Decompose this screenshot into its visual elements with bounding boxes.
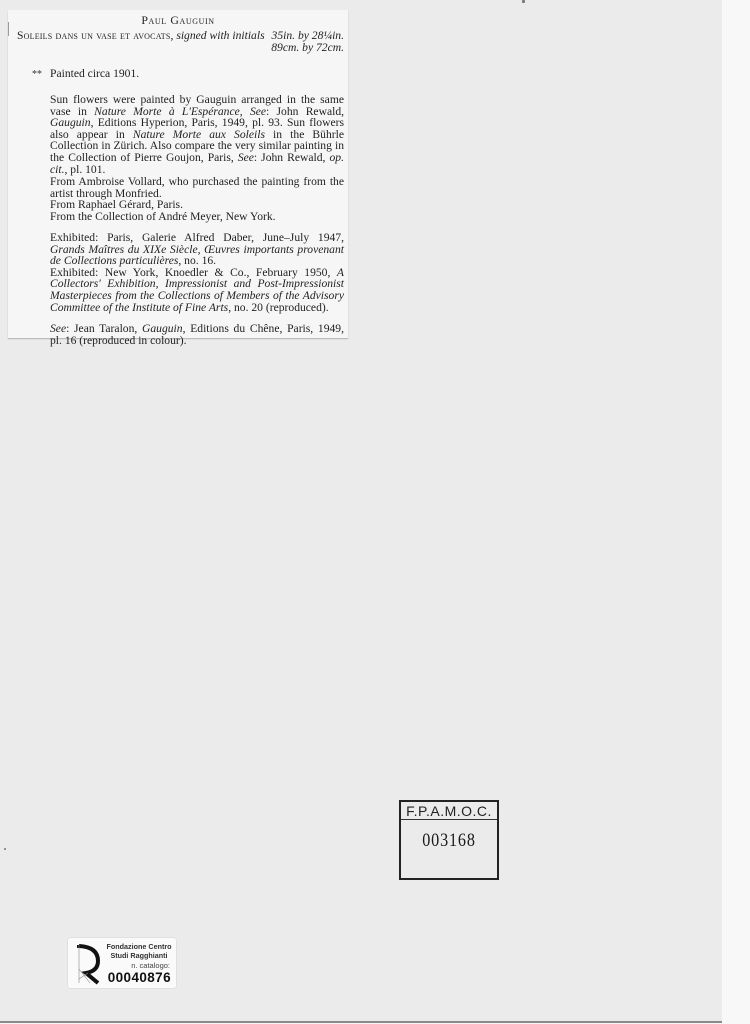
provenance-item: From Ambroise Vollard, who purchased the… [50,176,344,199]
literature: See: Jean Taralon, Gauguin, Editions du … [50,323,344,346]
provenance-item: From the Collection of André Meyer, New … [50,211,344,223]
stamp-header: F.P.A.M.O.C. [401,802,497,820]
dimensions-inches: 35in. by 28¼in. [271,30,344,42]
page-edge [722,0,750,1024]
org-line-2: Studi Ragghianti [106,951,172,960]
catalogue-clipping: Paul Gauguin Soleils dans un vase et avo… [8,10,348,338]
painted-date: Painted circa 1901. [50,67,139,80]
catalog-caption: n. catalogo: [131,961,170,970]
org-line-1: Fondazione Centro [106,942,172,951]
speck [4,848,6,850]
artist-name: Paul Gauguin [8,15,348,27]
signature-note: signed with initials [176,29,264,42]
dimensions: 35in. by 28¼in. 89cm. by 72cm. [271,30,344,53]
exhibition-history: Exhibited: Paris, Galerie Alfred Daber, … [50,232,344,313]
ragghianti-logo-icon [76,943,102,985]
dimensions-cm: 89cm. by 72cm. [271,42,344,54]
date-note: **Painted circa 1901. [32,68,139,81]
fpamoc-stamp: F.P.A.M.O.C. 003168 [399,800,499,880]
catalog-number: 00040876 [108,970,171,985]
stamp-number: 003168 [408,830,490,852]
label-organization: Fondazione Centro Studi Ragghianti [106,942,172,960]
speck [522,0,525,3]
comparison-note: Sun flowers were painted by Gauguin arra… [50,94,344,175]
artwork-title: Soleils dans un vase et avocats [17,29,171,42]
asterisks-icon: ** [32,69,50,81]
catalog-label: Fondazione Centro Studi Ragghianti n. ca… [68,938,176,988]
provenance: From Ambroise Vollard, who purchased the… [50,176,344,222]
